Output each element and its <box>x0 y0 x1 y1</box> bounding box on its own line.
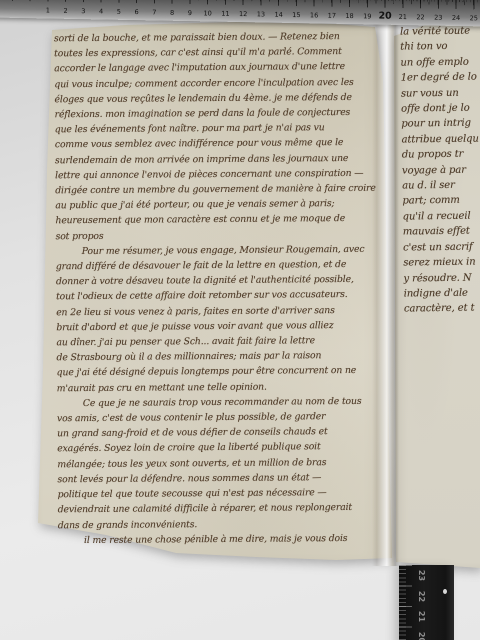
ruler-number: 13 <box>257 10 265 18</box>
ruler-number: 12 <box>239 10 247 18</box>
ruler-number: 5 <box>117 8 121 16</box>
ruler-number: 25 <box>470 14 478 22</box>
second-page-line: attribue quelqu <box>401 131 480 148</box>
bottom-ruler: 23222120 <box>399 565 454 640</box>
ruler-number: 10 <box>203 9 211 17</box>
ruler-number: 8 <box>170 9 174 17</box>
ruler-number: 23 <box>434 14 442 22</box>
ruler-number: 18 <box>345 12 353 20</box>
manuscript-line: il me reste une chose pénible à me dire,… <box>58 530 380 548</box>
ruler-number: 9 <box>188 9 192 17</box>
ruler-number: 3 <box>81 7 85 15</box>
second-page-line: du propos tr <box>402 147 480 164</box>
second-page-line: qu'il a recueil <box>403 208 480 225</box>
second-page-line: indigne d'ale <box>404 285 480 302</box>
second-page-line: caractère, et t <box>404 301 480 318</box>
ruler-number: 7 <box>152 8 156 16</box>
manuscript-line: deviendrait une calamité difficile à rép… <box>58 500 380 518</box>
ruler-number: 1 <box>46 6 50 14</box>
second-page-line: sur vous un <box>401 85 480 102</box>
second-page-line: thi ton vo <box>400 39 480 56</box>
second-page-line: offe dont je lo <box>401 100 480 117</box>
bottom-ruler-cm-ticks <box>399 565 412 640</box>
ruler-number: 14 <box>274 11 282 19</box>
ruler-number: 19 <box>363 12 371 20</box>
second-page-line: au d. il ser <box>402 178 480 195</box>
second-page-line: un offe emplo <box>400 54 480 71</box>
ruler-number: 24 <box>452 14 460 22</box>
second-page-line: pour un intrig <box>401 116 480 133</box>
manuscript-text: sorti de la bouche, et me paraissait bie… <box>54 29 380 548</box>
ruler-number: 2 <box>64 7 68 15</box>
ruler-number: 21 <box>399 13 407 21</box>
second-page-line: voyage à par <box>402 162 480 179</box>
manuscript-line: bruit d'abord et que je puisse vous voir… <box>56 318 378 336</box>
ruler-number: 11 <box>221 10 229 18</box>
photo-background: sorti de la bouche, et me paraissait bie… <box>0 0 480 640</box>
manuscript-line: Ce que je ne saurais trop vous recommand… <box>57 394 379 412</box>
ruler-number: 22 <box>417 590 426 601</box>
ruler-number: 21 <box>417 611 426 622</box>
manuscript-line: que j'ai été désigné depuis longtemps po… <box>57 363 379 381</box>
second-page-line: serez mieux in <box>403 255 480 272</box>
manuscript-line: heureusement que mon caractère est connu… <box>55 211 377 229</box>
ruler-number: 15 <box>292 11 300 19</box>
ruler-number: 4 <box>99 7 103 15</box>
second-page-line: y résoudre. N <box>403 270 480 287</box>
second-page-text: la vérité toutethi ton voun offe emplo1e… <box>400 23 480 317</box>
ruler-number: 16 <box>310 11 318 19</box>
second-page-line: 1er degré de lo <box>401 70 480 87</box>
ruler-number: 17 <box>328 12 336 20</box>
ruler-number: 22 <box>416 13 424 21</box>
second-page-line: part; comm <box>402 193 480 210</box>
manuscript-line: réflexions. mon imagination se perd dans… <box>55 105 377 123</box>
dust-speck <box>443 589 447 594</box>
second-page-line: c'est un sacrif <box>403 239 480 256</box>
ruler-number: 6 <box>134 8 138 16</box>
ruler-number: 20 <box>417 631 426 640</box>
second-page-line: mauvais effet <box>403 224 480 241</box>
ruler-number: 23 <box>417 570 426 581</box>
ruler-number: 20 <box>378 11 391 22</box>
